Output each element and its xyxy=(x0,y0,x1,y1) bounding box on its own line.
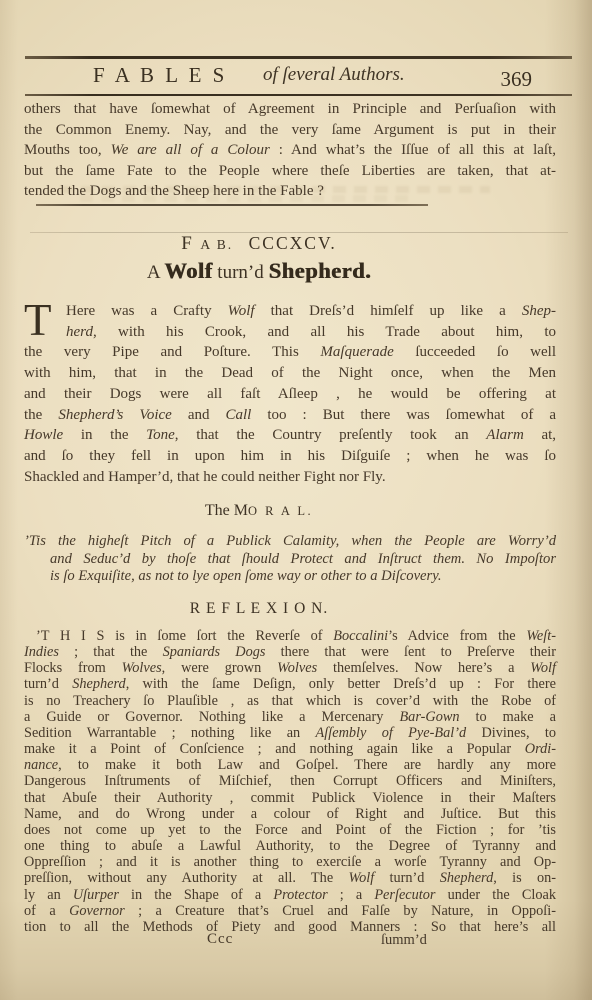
text-line: others that have ſomewhat of Agreement i… xyxy=(24,99,556,120)
text-segment: , to make it both Law and Goſpel. There … xyxy=(58,757,556,773)
book-title-italic: of ſeveral Authors. xyxy=(263,64,405,86)
text-segment: ; a Creature that’s Cruel and Falſe by N… xyxy=(125,903,556,919)
text-line: herd, with his Crook, and all his Trade … xyxy=(24,322,556,343)
text-line: is no Treachery ſo Plauſible , as that w… xyxy=(24,693,556,709)
italic-text-segment: Wolf xyxy=(348,870,374,886)
italic-text-segment: nance xyxy=(24,757,58,773)
text-segment: turn’d xyxy=(374,870,440,886)
text-segment: ly an xyxy=(24,887,73,903)
fable-label-cap: F xyxy=(181,233,194,254)
text-line: does not come up yet to the Force and Po… xyxy=(24,822,556,838)
italic-text-segment: Shepherd xyxy=(440,870,493,886)
text-segment: Divines, to xyxy=(466,725,556,741)
fable-title-blackletter-shepherd: Shepherd. xyxy=(268,258,371,283)
text-line: and their Dogs were all faſt Aſleep , he… xyxy=(24,384,556,405)
fable-title: A Wolf turn’d Shepherd. xyxy=(24,258,494,284)
text-segment: ; a xyxy=(328,887,375,903)
intro-paragraph: others that have ſomewhat of Agreement i… xyxy=(24,99,556,202)
text-line: Name, and do Wrong under a colour of Rig… xyxy=(24,806,556,822)
text-segment: tion to all the Methods of Piety and goo… xyxy=(24,919,556,935)
text-segment: turn’d xyxy=(24,676,72,692)
italic-text-segment: and Seduc’d by thoſe that ſhould Protect… xyxy=(50,551,556,567)
text-segment: Here was a Crafty xyxy=(66,303,228,319)
text-segment: Sedition Warrantable ; nothing like an xyxy=(24,725,316,741)
text-line: Howle in the Tone, that the Country preſ… xyxy=(24,425,556,446)
text-segment: Oppreſſion ; and it is another thing to … xyxy=(24,854,556,870)
text-segment: in the Shape of a xyxy=(119,887,273,903)
text-segment: but the ſame Fate to the People where th… xyxy=(24,163,556,179)
text-segment: ’s Advice from the xyxy=(388,628,526,644)
text-line: preſſion, without any Authority at all. … xyxy=(24,870,556,886)
text-segment: , with the ſame Deſign, only better Dreſ… xyxy=(126,676,556,692)
italic-text-segment: Wolves xyxy=(122,660,162,676)
text-line: ’T H I S is in ſome ſort the Reverſe of … xyxy=(24,628,556,644)
text-segment: one thing to abuſe a Lawful Authority, t… xyxy=(24,838,556,854)
italic-text-segment: Maſquerade xyxy=(320,344,393,360)
italic-text-segment: Boccalini xyxy=(333,628,388,644)
moral-heading-lead: The xyxy=(205,502,234,519)
text-segment: ; that the xyxy=(59,644,163,660)
text-segment: the very Pipe and Poſture. This xyxy=(24,344,320,360)
text-segment: : And what’s the Iſſue of all this at la… xyxy=(270,142,556,158)
text-segment: , were grown xyxy=(162,660,278,676)
text-segment: to make a xyxy=(460,709,556,725)
top-border-rule xyxy=(25,56,572,59)
drop-cap: T xyxy=(24,301,66,341)
italic-text-segment: Perſecutor xyxy=(374,887,435,903)
scanned-book-page: { "colors": { "paper": "#ecdfc1", "ink":… xyxy=(0,0,592,1000)
text-line: and ſo they fell in upon him in his Diſg… xyxy=(24,446,556,467)
text-line: Here was a Crafty Wolf that Dreſs’d himſ… xyxy=(24,301,556,322)
moral-heading-smallcaps: O R A L. xyxy=(248,504,313,518)
text-segment: Mouths too, xyxy=(24,142,111,158)
header-divider-rule xyxy=(25,94,572,96)
italic-text-segment: Governor xyxy=(69,903,125,919)
text-line: tended the Dogs and the Sheep here in th… xyxy=(24,181,556,202)
reflexion-heading: R E F L E X I O N. xyxy=(24,600,494,618)
text-segment: make it a Point of Conſcience ; and noth… xyxy=(24,741,525,757)
text-segment: a Guide or Governor. Nothing like a Merc… xyxy=(24,709,399,725)
italic-text-segment: Uſurper xyxy=(73,887,119,903)
text-line: is ſo Exquiſite, as not to lye open ſome… xyxy=(24,568,556,586)
text-segment: Dangerous Inſtruments of Miſchief, then … xyxy=(24,773,556,789)
italic-text-segment: Shepherd xyxy=(72,676,125,692)
text-segment: the xyxy=(24,407,58,423)
italic-text-segment: Protector xyxy=(273,887,327,903)
text-line: the very Pipe and Poſture. This Maſquera… xyxy=(24,342,556,363)
text-segment: and their Dogs were all faſt Aſleep , he… xyxy=(24,386,556,402)
signature-mark: Ccc xyxy=(207,931,233,948)
text-segment: in the xyxy=(63,427,146,443)
catchword: ſumm’d xyxy=(381,932,427,949)
text-segment: , with his Crook, and all his Trade abou… xyxy=(93,324,556,340)
italic-text-segment: herd xyxy=(66,324,93,340)
fable-title-mid: turn’d xyxy=(213,262,269,283)
text-line: Shackled and Hamper’d, that he could nei… xyxy=(24,467,556,488)
italic-text-segment: Howle xyxy=(24,427,63,443)
italic-text-segment: Shep- xyxy=(522,303,556,319)
text-segment: Flocks from xyxy=(24,660,122,676)
fable-lines: Here was a Crafty Wolf that Dreſs’d himſ… xyxy=(24,301,556,487)
section-divider-rule xyxy=(36,204,428,206)
italic-text-segment: We are all of a Colour xyxy=(111,142,270,158)
text-line: make it a Point of Conſcience ; and noth… xyxy=(24,741,556,757)
text-segment: ſucceeded ſo well xyxy=(394,344,556,360)
text-segment: of a xyxy=(24,903,69,919)
italic-text-segment: is ſo Exquiſite, as not to lye open ſome… xyxy=(50,568,442,584)
fable-paragraph: T Here was a Crafty Wolf that Dreſs’d hi… xyxy=(24,301,556,487)
text-line: Mouths too, We are all of a Colour : And… xyxy=(24,140,556,161)
text-line: and Seduc’d by thoſe that ſhould Protect… xyxy=(24,551,556,569)
text-segment: that Abuſe their Authority , commit Publ… xyxy=(24,790,556,806)
fable-number-heading: F A B. CCCXCV. xyxy=(24,233,494,255)
text-segment: at, xyxy=(524,427,556,443)
fable-roman-numeral: CCCXCV. xyxy=(249,233,337,253)
text-segment: preſſion, without any Authority at all. … xyxy=(24,870,348,886)
text-line: the Shepherd’s Voice and Call too : But … xyxy=(24,405,556,426)
text-line: one thing to abuſe a Lawful Authority, t… xyxy=(24,838,556,854)
text-line: of a Governor ; a Creature that’s Cruel … xyxy=(24,903,556,919)
italic-text-segment: Weſt- xyxy=(526,628,556,644)
text-line: but the ſame Fate to the People where th… xyxy=(24,161,556,182)
text-segment: themſelves. Now here’s a xyxy=(317,660,530,676)
moral-heading: The MO R A L. xyxy=(24,502,494,520)
text-line: ly an Uſurper in the Shape of a Protecto… xyxy=(24,887,556,903)
text-segment: there that were ſent to Preſerve their xyxy=(265,644,556,660)
text-segment: does not come up yet to the Force and Po… xyxy=(24,822,556,838)
text-line: Sedition Warrantable ; nothing like an A… xyxy=(24,725,556,741)
text-line: Oppreſſion ; and it is another thing to … xyxy=(24,854,556,870)
italic-text-segment: Wolves xyxy=(277,660,317,676)
italic-text-segment: Shepherd’s Voice xyxy=(58,407,171,423)
moral-heading-cap: M xyxy=(234,502,248,519)
italic-text-segment: Aſſembly of Pye-Bal’d xyxy=(316,725,467,741)
page-number: 369 xyxy=(501,67,533,92)
text-segment: tended the Dogs and the Sheep here in th… xyxy=(24,183,324,199)
text-line: the Common Enemy. Nay, and the very ſame… xyxy=(24,120,556,141)
text-segment: , is on- xyxy=(493,870,556,886)
text-segment: Name, and do Wrong under a colour of Rig… xyxy=(24,806,556,822)
text-segment: under the Cloak xyxy=(435,887,556,903)
text-segment: is no Treachery ſo Plauſible , as that w… xyxy=(24,693,556,709)
italic-text-segment: Wolf xyxy=(228,303,255,319)
text-segment: ’T H I S is in ſome ſort the Reverſe of xyxy=(36,628,333,644)
fable-title-prefix: A xyxy=(147,262,164,283)
italic-text-segment: Spaniards Dogs xyxy=(163,644,266,660)
italic-text-segment: Alarm xyxy=(486,427,524,443)
italic-text-segment: Bar-Gown xyxy=(399,709,459,725)
italic-text-segment: Tone xyxy=(146,427,175,443)
text-line: with him, that in the Dead of the Night … xyxy=(24,363,556,384)
italic-text-segment: Indies xyxy=(24,644,59,660)
fable-title-blackletter-wolf: Wolf xyxy=(164,258,212,283)
italic-text-segment: Wolf xyxy=(530,660,556,676)
text-line: turn’d Shepherd, with the ſame Deſign, o… xyxy=(24,676,556,692)
text-segment: and xyxy=(172,407,226,423)
text-segment: with him, that in the Dead of the Night … xyxy=(24,365,556,381)
fable-label-smallcaps: A B. xyxy=(200,237,233,252)
reflexion-paragraph: ’T H I S is in ſome ſort the Reverſe of … xyxy=(24,628,556,935)
text-line: tion to all the Methods of Piety and goo… xyxy=(24,919,556,935)
text-line: nance, to make it both Law and Goſpel. T… xyxy=(24,757,556,773)
text-line: ’Tis the higheſt Pitch of a Publick Cala… xyxy=(24,533,556,551)
text-segment: too : But there was ſomewhat of a xyxy=(251,407,556,423)
text-segment: , that the Country preſently took an xyxy=(175,427,487,443)
text-line: a Guide or Governor. Nothing like a Merc… xyxy=(24,709,556,725)
text-line: Flocks from Wolves, were grown Wolves th… xyxy=(24,660,556,676)
running-head: F A B L E S of ſeveral Authors. 369 xyxy=(25,61,572,93)
italic-text-segment: Call xyxy=(226,407,252,423)
italic-text-segment: ’Tis the higheſt Pitch of a Publick Cala… xyxy=(24,533,556,549)
text-segment: and ſo they fell in upon him in his Diſg… xyxy=(24,448,556,464)
text-segment: Shackled and Hamper’d, that he could nei… xyxy=(24,469,386,485)
text-line: Dangerous Inſtruments of Miſchief, then … xyxy=(24,773,556,789)
text-line: Indies ; that the Spaniards Dogs there t… xyxy=(24,644,556,660)
book-title-caps: F A B L E S xyxy=(93,63,227,88)
text-line: that Abuſe their Authority , commit Publ… xyxy=(24,790,556,806)
text-segment: that Dreſs’d himſelf up like a xyxy=(255,303,522,319)
text-segment: the Common Enemy. Nay, and the very ſame… xyxy=(24,122,556,138)
moral-paragraph: ’Tis the higheſt Pitch of a Publick Cala… xyxy=(24,533,556,586)
text-segment: others that have ſomewhat of Agreement i… xyxy=(24,101,556,117)
italic-text-segment: Ordi- xyxy=(525,741,556,757)
